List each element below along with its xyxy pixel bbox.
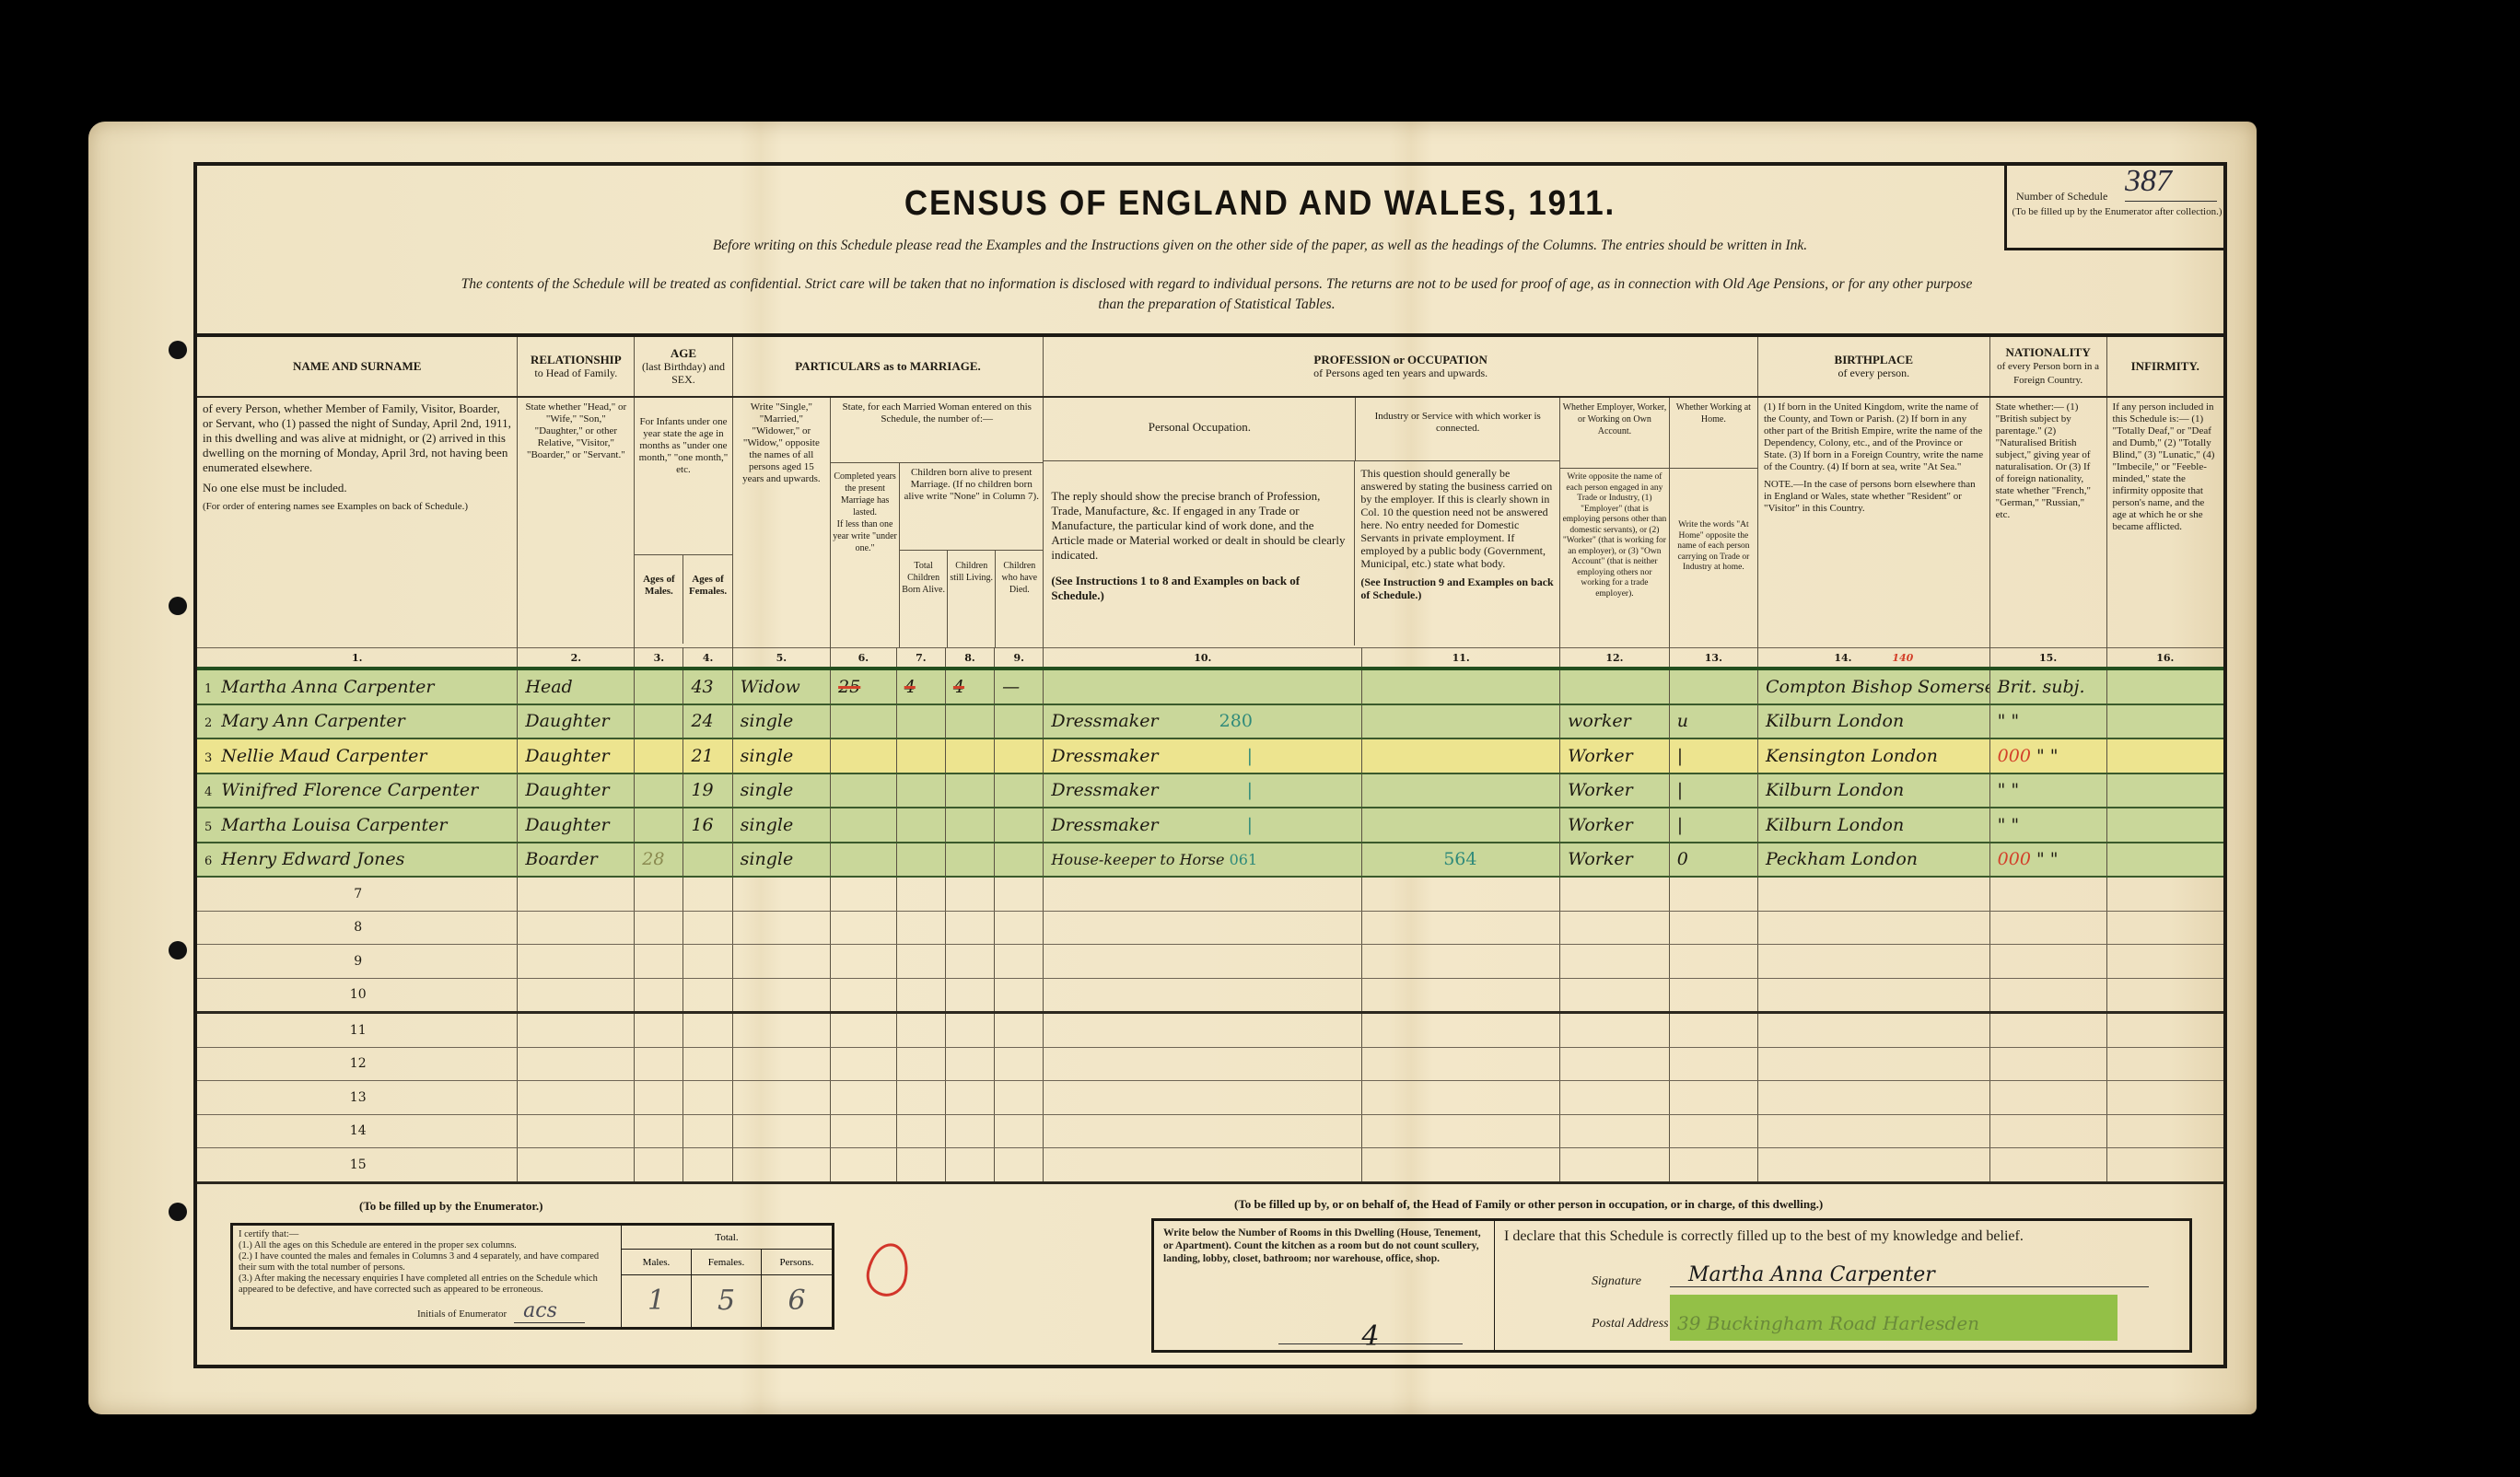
- years-married: [831, 843, 897, 878]
- age-male: [635, 808, 683, 843]
- table-row: 1Martha Anna Carpenter Head 43 Widow 25 …: [197, 669, 2223, 704]
- infirmity: [2106, 808, 2223, 843]
- children-born-alive: [896, 773, 945, 808]
- years-married: [831, 738, 897, 773]
- children-died: —: [995, 669, 1044, 704]
- birthplace: Peckham London: [1757, 843, 1989, 878]
- col-age-females: Ages of Females.: [683, 555, 731, 644]
- marital-condition: single: [732, 808, 830, 843]
- postal-address-label: Postal Address: [1592, 1317, 1669, 1332]
- children-born-alive: [896, 704, 945, 739]
- table-row: 4Winifred Florence Carpenter Daughter 19…: [197, 773, 2223, 808]
- years-married: [831, 704, 897, 739]
- industry: [1362, 773, 1560, 808]
- birthplace: Kilburn London: [1757, 808, 1989, 843]
- nationality: Brit. subj.: [1989, 669, 2106, 704]
- col-name-instructions: of every Person, whether Member of Famil…: [197, 397, 518, 648]
- binding-hole: [169, 941, 187, 959]
- marital-condition: Widow: [732, 669, 830, 704]
- enumerator-initials: Initials of Enumeratoracs: [417, 1306, 585, 1320]
- nationality: " ": [1989, 773, 2106, 808]
- employment-status: Worker: [1560, 773, 1670, 808]
- blank-row: 11: [197, 1013, 2223, 1048]
- enumerator-box: I certify that:— (1.) All the ages on th…: [230, 1223, 834, 1330]
- children-born-alive: [896, 738, 945, 773]
- birthplace: Kilburn London: [1757, 773, 1989, 808]
- persons-label: Persons.: [762, 1250, 832, 1275]
- age-male: [635, 738, 683, 773]
- rooms-instruction: Write below the Number of Rooms in this …: [1154, 1221, 1495, 1350]
- total-persons: 6: [762, 1275, 832, 1327]
- col-married-woman-instructions: State, for each Married Woman entered on…: [831, 397, 1044, 648]
- marital-condition: single: [732, 843, 830, 878]
- marital-condition: single: [732, 704, 830, 739]
- children-born-alive: [896, 843, 945, 878]
- children-living: [945, 773, 994, 808]
- marital-condition: single: [732, 738, 830, 773]
- schedule-number: 387: [2125, 164, 2172, 199]
- postal-address: 39 Buckingham Road Harlesden: [1670, 1295, 2117, 1341]
- children-living: [945, 704, 994, 739]
- nationality: " ": [1989, 808, 2106, 843]
- number-of-rooms: 4: [1278, 1331, 1463, 1344]
- binding-hole: [169, 597, 187, 615]
- children-died: [995, 808, 1044, 843]
- schedule-number-note: (To be filled up by the Enumerator after…: [2011, 206, 2223, 217]
- col-birthplace-title: BIRTHPLACEof every person.: [1757, 337, 1989, 397]
- col-years-married: Completed years the present Marriage has…: [831, 463, 900, 647]
- occupation: Dressmaker |: [1044, 738, 1362, 773]
- children-living: [945, 738, 994, 773]
- col-relationship-title: RELATIONSHIPto Head of Family.: [518, 337, 635, 397]
- children-died: [995, 738, 1044, 773]
- blank-row: 12: [197, 1047, 2223, 1081]
- totals-grid: Total. Males. Females. Persons. 1 5 6: [622, 1226, 832, 1327]
- col-infirmity-title: INFIRMITY.: [2106, 337, 2223, 397]
- confidential-line: The contents of the Schedule will be tre…: [217, 276, 2216, 293]
- age-female: 19: [683, 773, 732, 808]
- industry: [1362, 704, 1560, 739]
- blank-row: 9: [197, 945, 2223, 979]
- relationship: Daughter: [518, 773, 635, 808]
- relationship: Daughter: [518, 704, 635, 739]
- blank-row: 7: [197, 877, 2223, 911]
- enumerator-caption: (To be filled up by the Enumerator.): [359, 1199, 542, 1214]
- col-age-males: Ages of Males.: [635, 555, 683, 644]
- children-died: [995, 843, 1044, 878]
- age-female: 16: [683, 808, 732, 843]
- employment-status: Worker: [1560, 843, 1670, 878]
- working-at-home: |: [1669, 738, 1757, 773]
- relationship: Daughter: [518, 738, 635, 773]
- age-male: [635, 773, 683, 808]
- head-of-family-caption: (To be filled up by, or on behalf of, th…: [1234, 1197, 1823, 1212]
- person-name: 2Mary Ann Carpenter: [197, 704, 518, 739]
- col-birthplace-instructions: (1) If born in the United Kingdom, write…: [1757, 397, 1989, 648]
- nationality: 000 " ": [1989, 843, 2106, 878]
- children-living: [945, 808, 994, 843]
- confidential-line-2: than the preparation of Statistical Tabl…: [217, 297, 2216, 313]
- children-born-alive: 4: [896, 669, 945, 704]
- age-female: 43: [683, 669, 732, 704]
- children-living: [945, 843, 994, 878]
- males-label: Males.: [622, 1250, 692, 1275]
- total-females: 5: [692, 1275, 762, 1327]
- header-titles: NAME AND SURNAME RELATIONSHIPto Head of …: [197, 337, 2223, 397]
- signature: Martha Anna Carpenter: [1670, 1263, 2149, 1287]
- occupation: Dressmaker |: [1044, 773, 1362, 808]
- col-home-instructions: Whether Working at Home. Write the words…: [1669, 397, 1757, 648]
- industry: [1362, 669, 1560, 704]
- occupation: [1044, 669, 1362, 704]
- relationship: Daughter: [518, 808, 635, 843]
- children-living: 4: [945, 669, 994, 704]
- years-married: [831, 808, 897, 843]
- totals-label: Total.: [622, 1226, 832, 1250]
- birthplace: Kensington London: [1757, 738, 1989, 773]
- age-female: [683, 843, 732, 878]
- females-label: Females.: [692, 1250, 762, 1275]
- col-nationality-title: NATIONALITYof every Person born in a For…: [1989, 337, 2106, 397]
- occupation: Dressmaker |: [1044, 808, 1362, 843]
- binding-hole: [169, 341, 187, 359]
- years-married: 25: [831, 669, 897, 704]
- column-numbers: 1. 2. 3. 4. 5. 6. 7. 8. 9. 10. 11. 12. 1…: [197, 648, 2223, 669]
- census-table: NAME AND SURNAME RELATIONSHIPto Head of …: [197, 337, 2223, 1184]
- nationality: " ": [1989, 704, 2106, 739]
- header-instructions: of every Person, whether Member of Famil…: [197, 397, 2223, 648]
- blank-row: 13: [197, 1081, 2223, 1115]
- industry: 564: [1362, 843, 1560, 878]
- age-male: 28: [635, 843, 683, 878]
- age-female: 21: [683, 738, 732, 773]
- declaration: I declare that this Schedule is correctl…: [1495, 1221, 2189, 1350]
- enumerator-certification: I certify that:— (1.) All the ages on th…: [233, 1226, 622, 1327]
- employment-status: worker: [1560, 704, 1670, 739]
- schedule-number-box: Number of Schedule 387 (To be filled up …: [2004, 162, 2227, 250]
- occupation: House-keeper to Horse 061: [1044, 843, 1362, 878]
- blank-row: 8: [197, 911, 2223, 945]
- instruction-line: Before writing on this Schedule please r…: [276, 238, 2244, 254]
- declaration-statement: I declare that this Schedule is correctl…: [1504, 1228, 2024, 1245]
- table-row: 2Mary Ann Carpenter Daughter 24 single D…: [197, 704, 2223, 739]
- col-occupation-title: PROFESSION or OCCUPATIONof Persons aged …: [1044, 337, 1758, 397]
- schedule-number-line: [2125, 201, 2217, 202]
- age-female: 24: [683, 704, 732, 739]
- col-industry: Industry or Service with which worker is…: [1356, 398, 1559, 460]
- table-row: 6Henry Edward Jones Boarder 28 single Ho…: [197, 843, 2223, 878]
- total-males: 1: [622, 1275, 692, 1327]
- employment-status: [1560, 669, 1670, 704]
- years-married: [831, 773, 897, 808]
- person-name: 5Martha Louisa Carpenter: [197, 808, 518, 843]
- infirmity: [2106, 773, 2223, 808]
- table-row: 3Nellie Maud Carpenter Daughter 21 singl…: [197, 738, 2223, 773]
- nationality: 000 " ": [1989, 738, 2106, 773]
- employment-status: Worker: [1560, 738, 1670, 773]
- blank-row: 10: [197, 978, 2223, 1013]
- col-occupation-instructions: Personal Occupation. Industry or Service…: [1044, 397, 1560, 648]
- col-children-total: Total Children Born Alive.: [900, 551, 948, 647]
- signature-label: Signature: [1592, 1274, 1641, 1289]
- birthplace: Compton Bishop Somerset: [1757, 669, 1989, 704]
- infirmity: [2106, 738, 2223, 773]
- working-at-home: |: [1669, 773, 1757, 808]
- col-age-instructions: For Infants under one year state the age…: [635, 397, 732, 648]
- occupation: Dressmaker 280: [1044, 704, 1362, 739]
- infirmity: [2106, 843, 2223, 878]
- birthplace-annotation: 140: [1892, 652, 1913, 664]
- age-male: [635, 704, 683, 739]
- industry: [1362, 738, 1560, 773]
- person-name: 3Nellie Maud Carpenter: [197, 738, 518, 773]
- relationship: Boarder: [518, 843, 635, 878]
- col-condition-instructions: Write "Single," "Married," "Widower," or…: [732, 397, 830, 648]
- employment-status: Worker: [1560, 808, 1670, 843]
- industry: [1362, 808, 1560, 843]
- schedule-number-label: Number of Schedule: [2016, 190, 2107, 204]
- table-row: 5Martha Louisa Carpenter Daughter 16 sin…: [197, 808, 2223, 843]
- col-employer-instructions: Whether Employer, Worker, or Working on …: [1560, 397, 1670, 648]
- person-name: 6Henry Edward Jones: [197, 843, 518, 878]
- infirmity: [2106, 669, 2223, 704]
- age-male: [635, 669, 683, 704]
- working-at-home: 0: [1669, 843, 1757, 878]
- col-name-title: NAME AND SURNAME: [197, 337, 518, 397]
- col-infirmity-instructions: If any person included in this Schedule …: [2106, 397, 2223, 648]
- children-died: [995, 773, 1044, 808]
- children-born-alive: [896, 808, 945, 843]
- blank-row: 14: [197, 1114, 2223, 1148]
- col-children-living: Children still Living.: [948, 551, 996, 647]
- col-marriage-title: PARTICULARS as to MARRIAGE.: [732, 337, 1044, 397]
- blank-row: 15: [197, 1148, 2223, 1183]
- person-name: 4Winifred Florence Carpenter: [197, 773, 518, 808]
- head-of-family-box: Write below the Number of Rooms in this …: [1151, 1218, 2192, 1353]
- col-nationality-instructions: State whether:— (1) "British subject by …: [1989, 397, 2106, 648]
- working-at-home: u: [1669, 704, 1757, 739]
- marital-condition: single: [732, 773, 830, 808]
- col-personal-occupation: Personal Occupation.: [1044, 398, 1356, 460]
- person-name: 1Martha Anna Carpenter: [197, 669, 518, 704]
- binding-hole: [169, 1203, 187, 1221]
- working-at-home: |: [1669, 808, 1757, 843]
- birthplace: Kilburn London: [1757, 704, 1989, 739]
- infirmity: [2106, 704, 2223, 739]
- working-at-home: [1669, 669, 1757, 704]
- col-children-died: Children who have Died.: [996, 551, 1043, 647]
- children-died: [995, 704, 1044, 739]
- col-relationship-instructions: State whether "Head," or "Wife," "Son," …: [518, 397, 635, 648]
- col-age-title: AGE(last Birthday) and SEX.: [635, 337, 732, 397]
- relationship: Head: [518, 669, 635, 704]
